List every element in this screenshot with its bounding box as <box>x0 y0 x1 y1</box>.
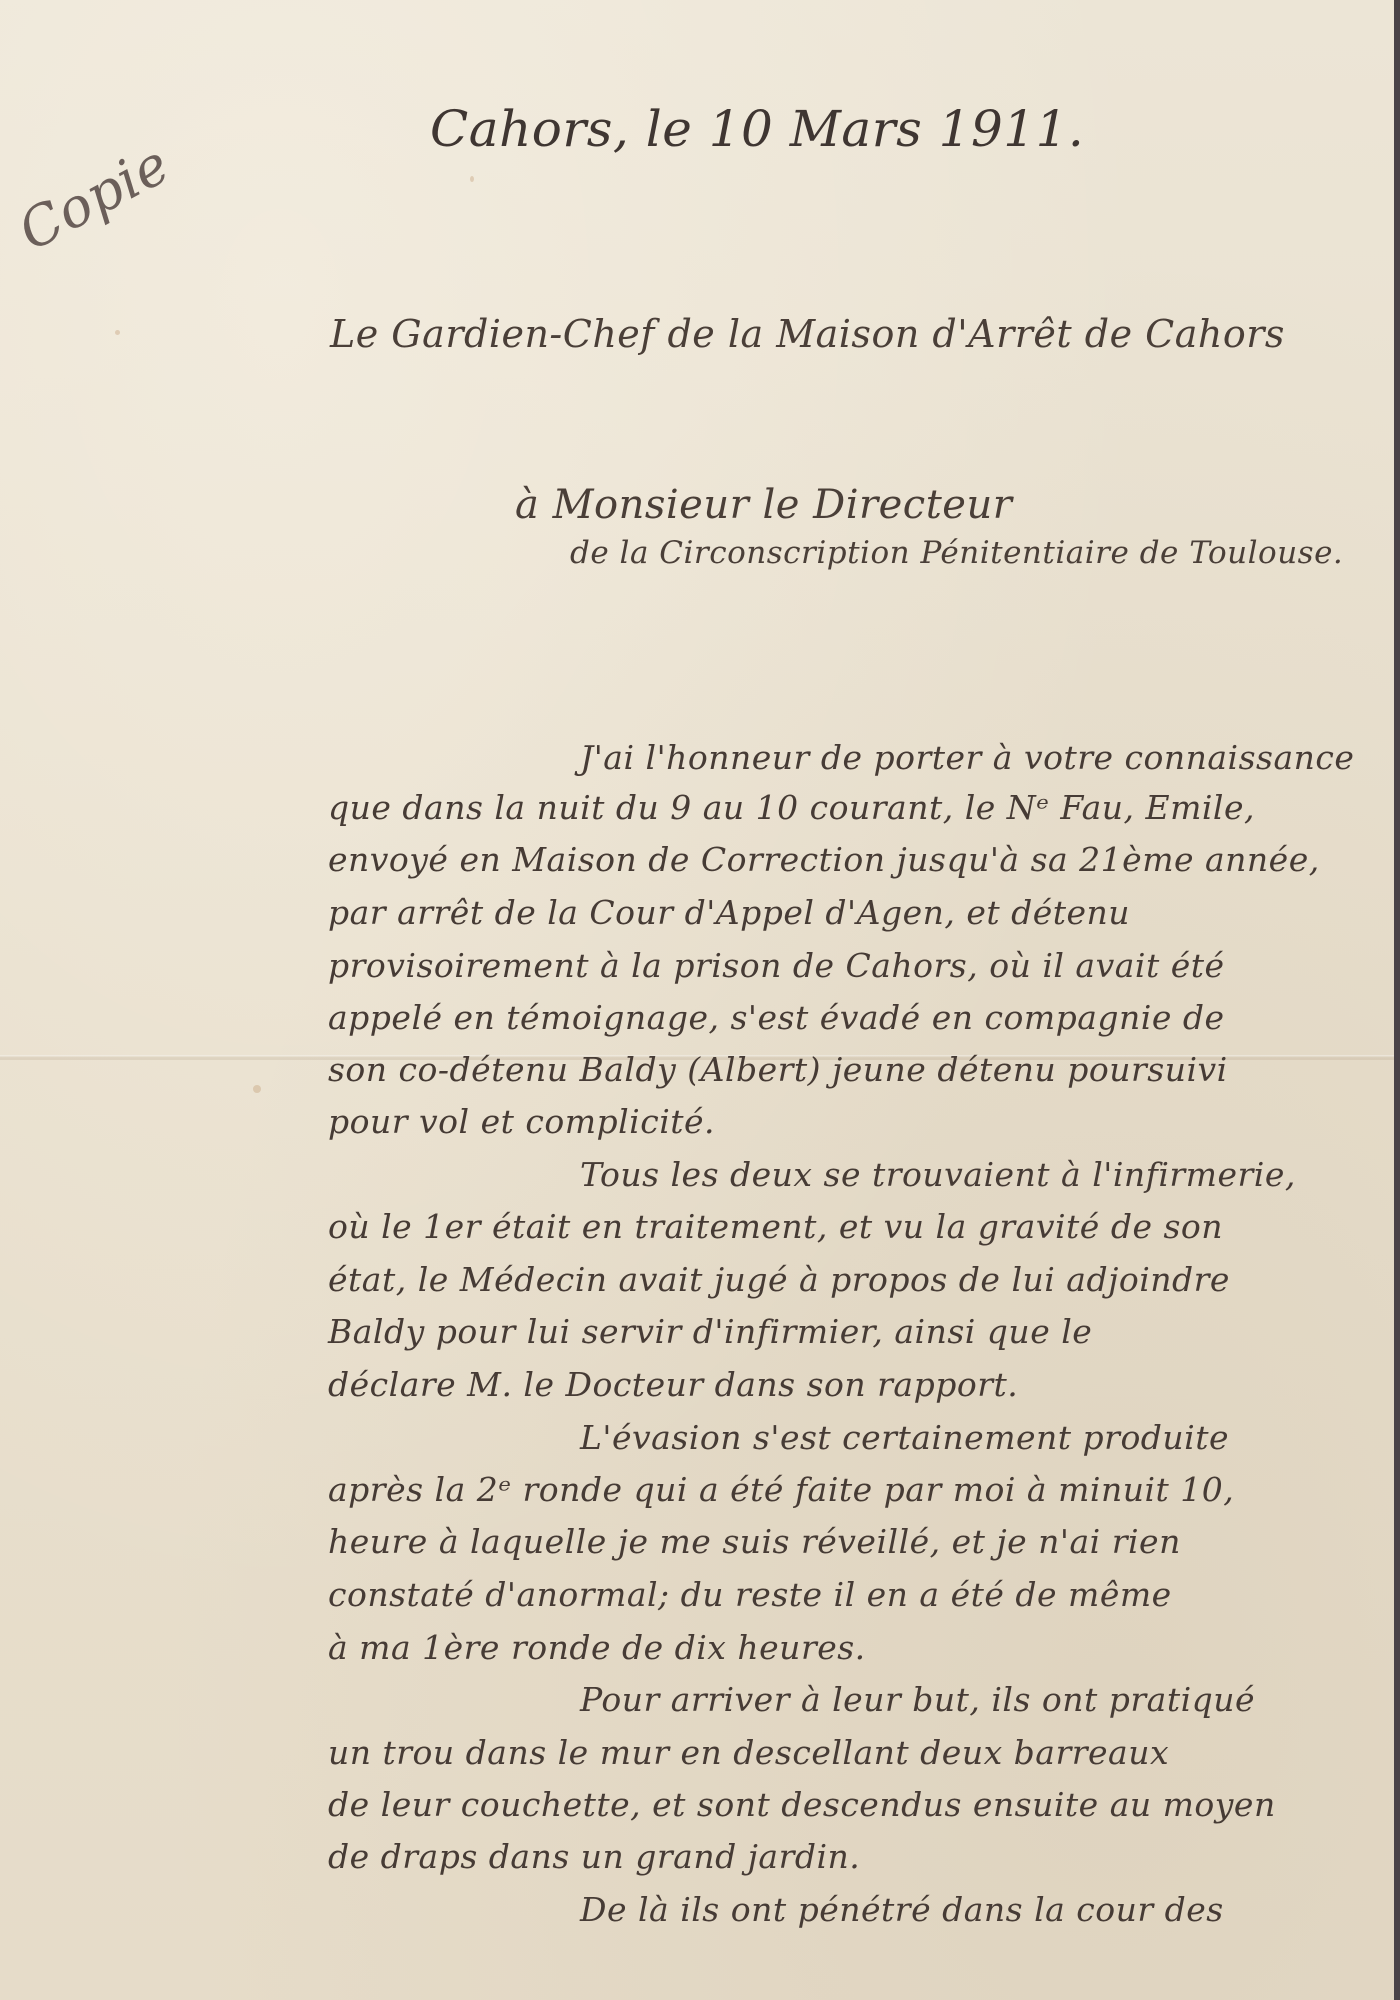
body-line: où le 1er était en traitement, et vu la … <box>328 1207 1223 1246</box>
body-line: de leur couchette, et sont descendus ens… <box>328 1785 1276 1824</box>
letter-page: Copie Cahors, le 10 Mars 1911. Le Gardie… <box>0 0 1400 2000</box>
body-line: Baldy pour lui servir d'infirmier, ainsi… <box>328 1312 1092 1351</box>
body-line: à ma 1ère ronde de dix heures. <box>328 1628 866 1667</box>
body-line: constaté d'anormal; du reste il en a été… <box>328 1575 1172 1614</box>
body-line: appelé en témoignage, s'est évadé en com… <box>328 998 1225 1037</box>
body-line: après la 2ᵉ ronde qui a été faite par mo… <box>328 1470 1234 1509</box>
paper-stain <box>253 1085 261 1093</box>
body-line: de draps dans un grand jardin. <box>328 1837 860 1876</box>
scan-edge <box>1394 0 1400 2000</box>
body-line: L'évasion s'est certainement produite <box>580 1418 1229 1457</box>
body-line: son co-détenu Baldy (Albert) jeune déten… <box>328 1050 1228 1089</box>
paper-stain <box>115 330 120 335</box>
margin-annotation-copie: Copie <box>8 132 179 263</box>
sender-line: Le Gardien-Chef de la Maison d'Arrêt de … <box>330 312 1285 356</box>
paper-stain <box>470 176 474 182</box>
recipient-line-1: à Monsieur le Directeur <box>515 482 1012 528</box>
body-line: que dans la nuit du 9 au 10 courant, le … <box>328 788 1255 827</box>
body-line: déclare M. le Docteur dans son rapport. <box>328 1365 1018 1404</box>
body-line: provisoirement à la prison de Cahors, où… <box>328 946 1225 985</box>
body-line: envoyé en Maison de Correction jusqu'à s… <box>328 840 1320 879</box>
body-line: Tous les deux se trouvaient à l'infirmer… <box>580 1155 1296 1194</box>
body-line: un trou dans le mur en descellant deux b… <box>328 1733 1169 1772</box>
dateline: Cahors, le 10 Mars 1911. <box>430 100 1084 158</box>
body-line: J'ai l'honneur de porter à votre connais… <box>580 738 1354 777</box>
body-line: heure à laquelle je me suis réveillé, et… <box>328 1522 1181 1561</box>
body-line: De là ils ont pénétré dans la cour des <box>580 1890 1224 1929</box>
body-line: par arrêt de la Cour d'Appel d'Agen, et … <box>328 893 1130 932</box>
body-line: Pour arriver à leur but, ils ont pratiqu… <box>580 1680 1255 1719</box>
body-line: état, le Médecin avait jugé à propos de … <box>328 1260 1230 1299</box>
body-line: pour vol et complicité. <box>328 1102 715 1141</box>
recipient-line-2: de la Circonscription Pénitentiaire de T… <box>570 535 1343 571</box>
